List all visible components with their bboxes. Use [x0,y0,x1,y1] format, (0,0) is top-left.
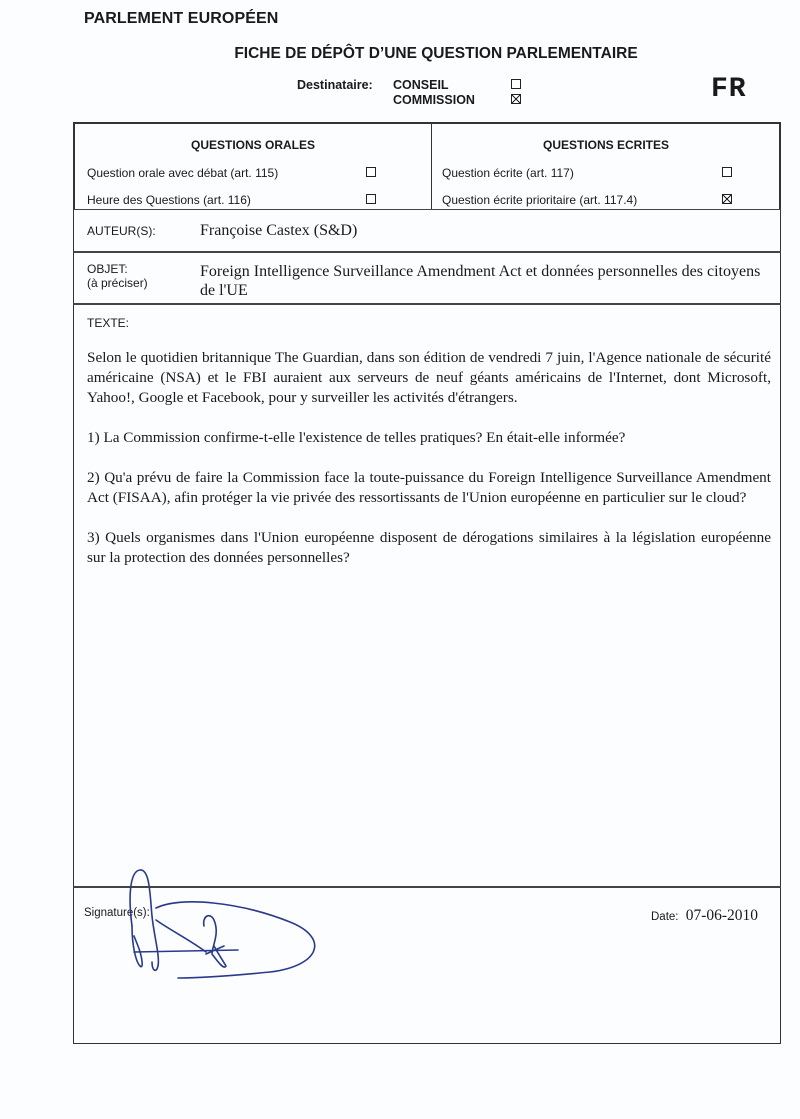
recipient-conseil-checkbox[interactable] [511,79,521,89]
divider [73,251,781,253]
oral-debate-checkbox[interactable] [366,167,376,177]
signature-image [120,866,340,986]
subject-value: Foreign Intelligence Surveillance Amendm… [200,262,775,300]
form-title: FICHE DE DÉPÔT D’UNE QUESTION PARLEMENTA… [0,45,800,63]
question-text: Selon le quotidien britannique The Guard… [87,348,771,588]
question-time-checkbox[interactable] [366,194,376,204]
text-paragraph: 1) La Commission confirme-t-elle l'exist… [87,428,771,448]
divider [73,209,781,210]
recipient-label: Destinataire: [297,78,373,92]
divider [73,303,781,305]
date-value: 07-06-2010 [686,907,758,924]
subject-sublabel: (à préciser) [87,276,148,290]
written-question-checkbox[interactable] [722,167,732,177]
organization-name: PARLEMENT EUROPÉEN [84,10,278,28]
text-label: TEXTE: [87,316,129,330]
oral-questions-heading: QUESTIONS ORALES [75,138,431,152]
recipient-option-conseil-label: CONSEIL [393,78,449,92]
text-paragraph: 3) Quels organismes dans l'Union europée… [87,528,771,568]
priority-written-question-label: Question écrite prioritaire (art. 117.4) [442,193,637,207]
written-question-label: Question écrite (art. 117) [442,166,574,180]
written-questions-heading: QUESTIONS ECRITES [432,138,780,152]
recipient-option-commission-label: COMMISSION [393,93,475,107]
text-paragraph: Selon le quotidien britannique The Guard… [87,348,771,408]
language-code: FR [711,74,747,105]
question-time-label: Heure des Questions (art. 116) [87,193,251,207]
oral-debate-label: Question orale avec débat (art. 115) [87,166,278,180]
date-field: Date: 07-06-2010 [651,907,758,925]
author-value: Françoise Castex (S&D) [200,222,357,240]
recipient-commission-checkbox[interactable] [511,94,521,104]
author-label: AUTEUR(S): [87,224,156,238]
date-label: Date: [651,911,679,923]
subject-label: OBJET: [87,262,128,276]
priority-written-question-checkbox[interactable] [722,194,732,204]
text-paragraph: 2) Qu'a prévu de faire la Commission fac… [87,468,771,508]
column-divider [431,124,432,210]
